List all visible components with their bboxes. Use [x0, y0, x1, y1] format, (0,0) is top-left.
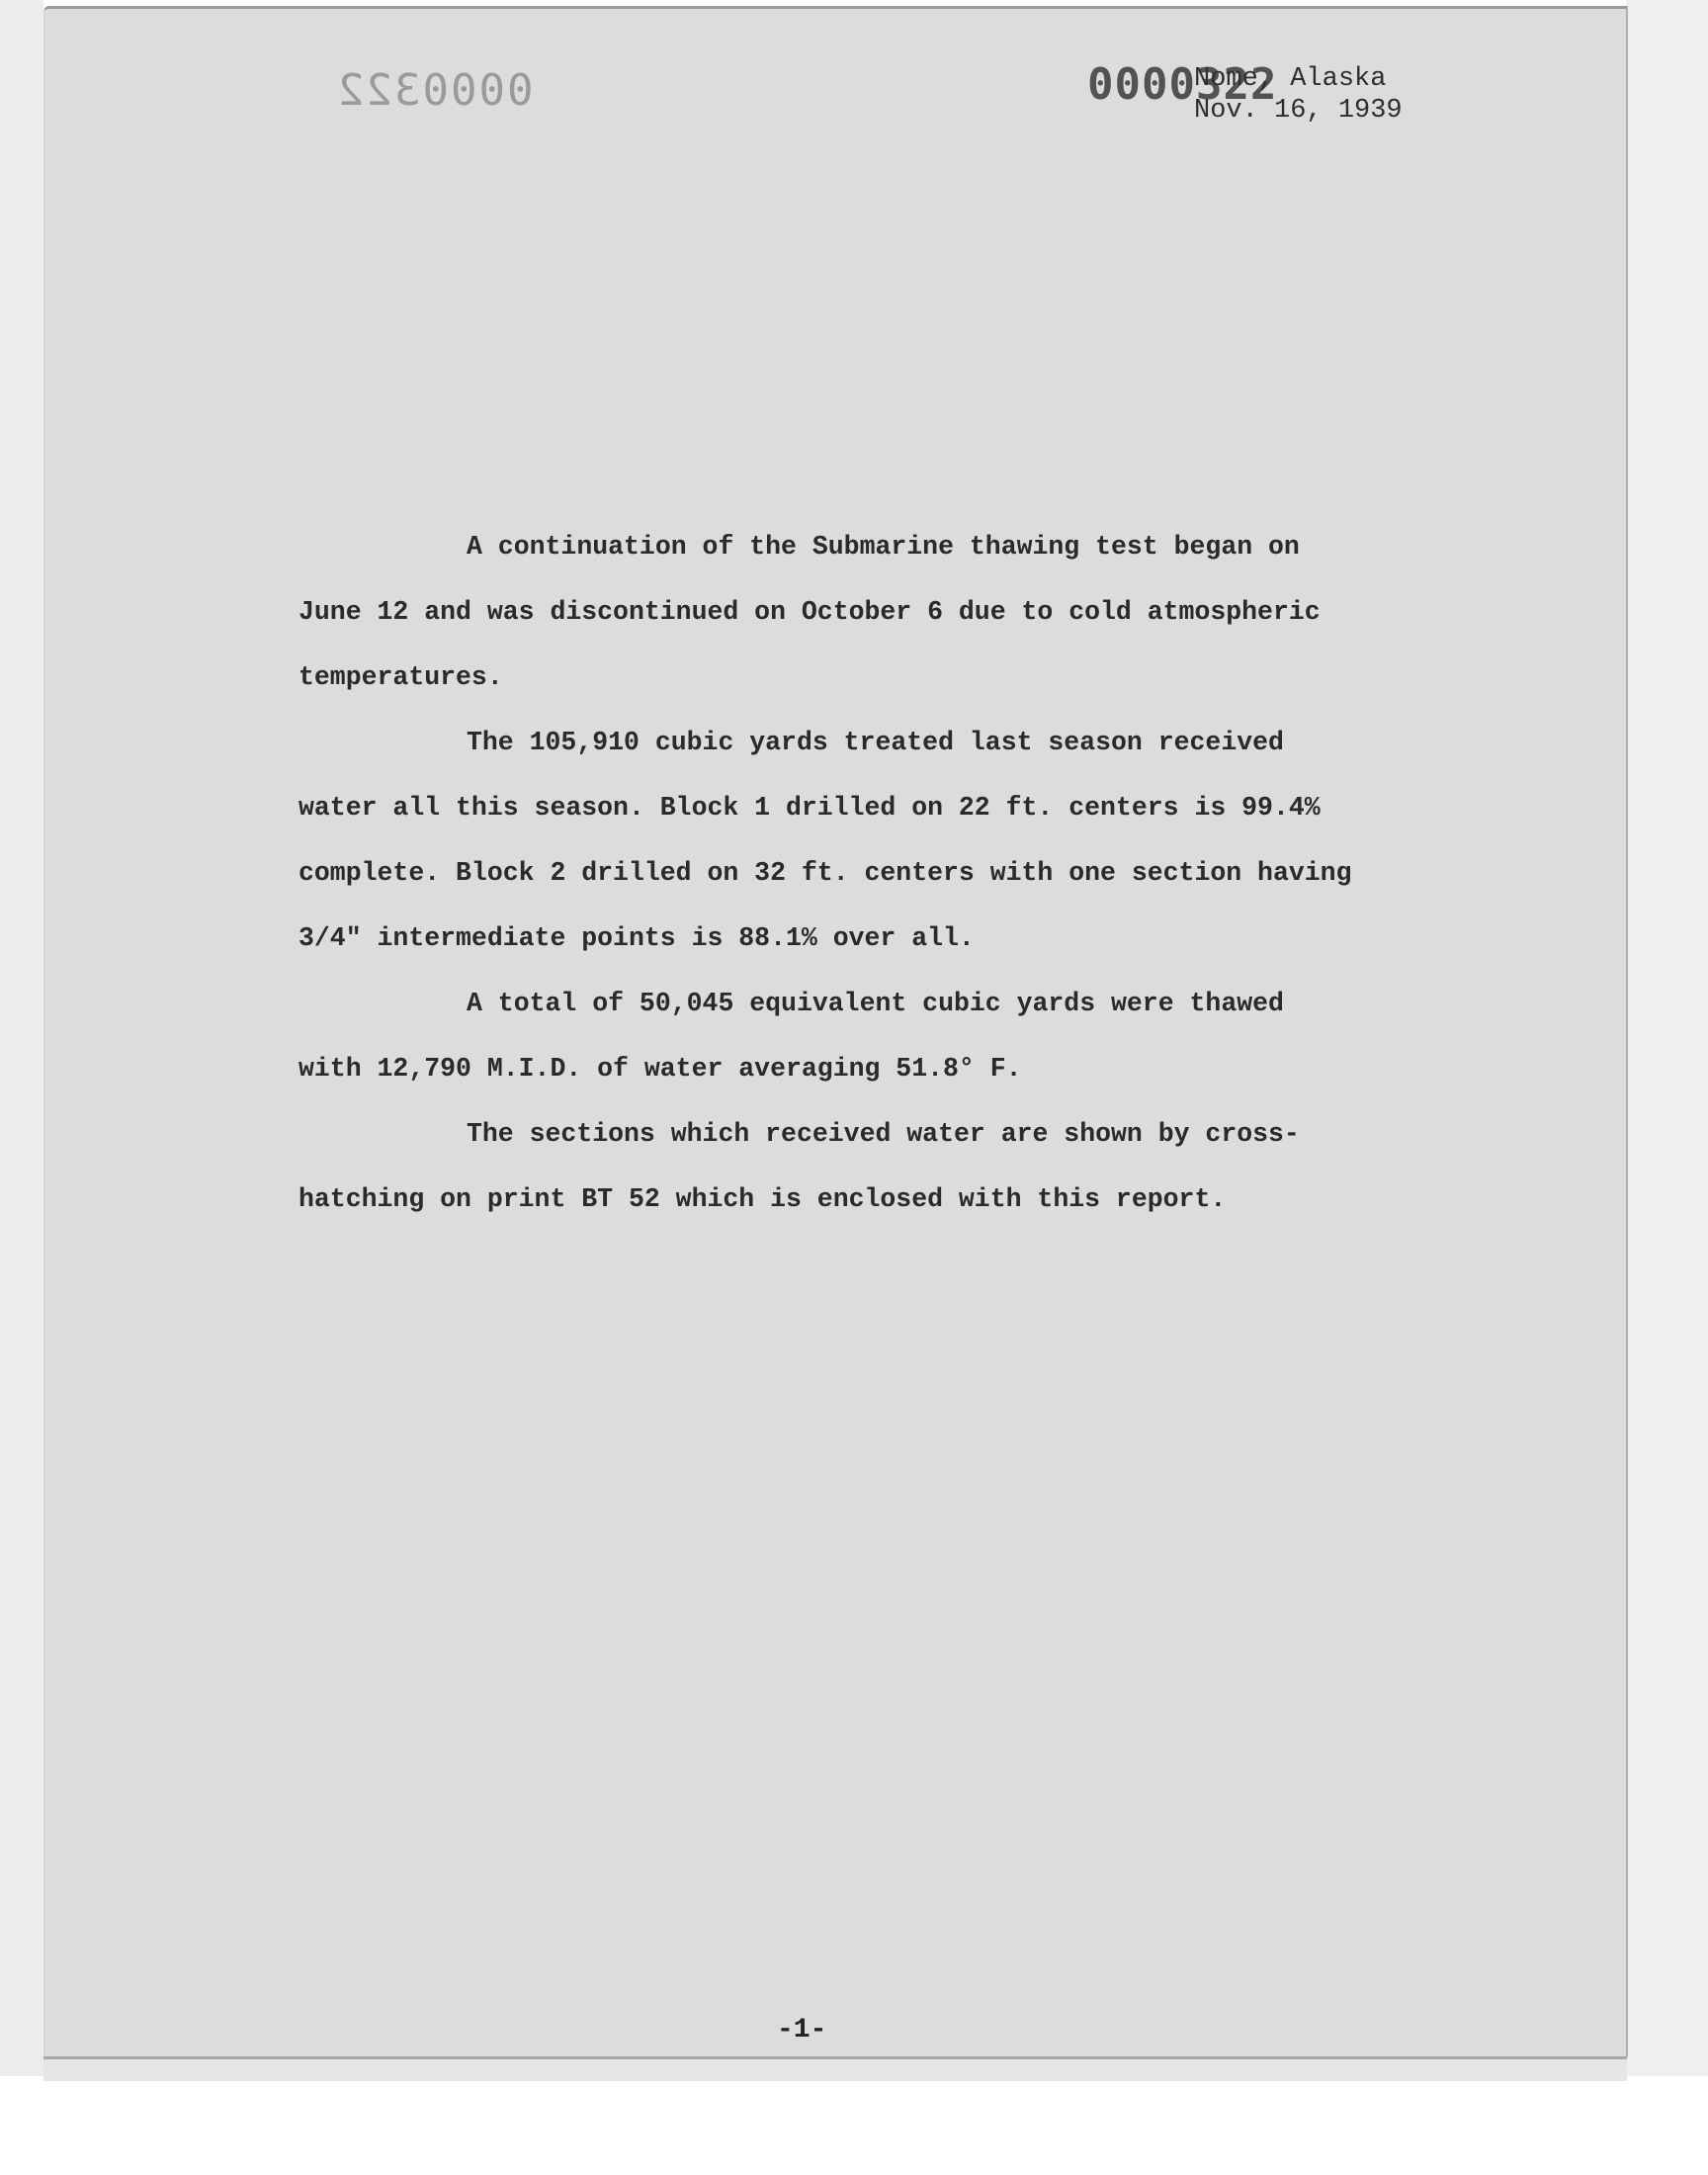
header-place-date: Nome, Alaska Nov. 16, 1939: [1194, 63, 1403, 127]
page-number: -1-: [777, 2015, 826, 2045]
paragraph-3: A total of 50,045 equivalent cubic yards…: [299, 971, 1445, 1101]
paragraph-4: The sections which received water are sh…: [299, 1101, 1445, 1232]
header-place: Nome, Alaska: [1194, 63, 1403, 95]
report-body: A continuation of the Submarine thawing …: [299, 514, 1445, 1232]
scan-margin-right: [1626, 0, 1708, 2076]
mirrored-stamp-number: 0000322: [336, 65, 533, 116]
paragraph-2: The 105,910 cubic yards treated last sea…: [299, 710, 1445, 971]
paragraph-1: A continuation of the Submarine thawing …: [299, 514, 1445, 710]
scan-margin-left: [0, 0, 43, 2076]
scan-bottom-strip: [43, 2056, 1627, 2081]
header-date: Nov. 16, 1939: [1194, 95, 1403, 127]
